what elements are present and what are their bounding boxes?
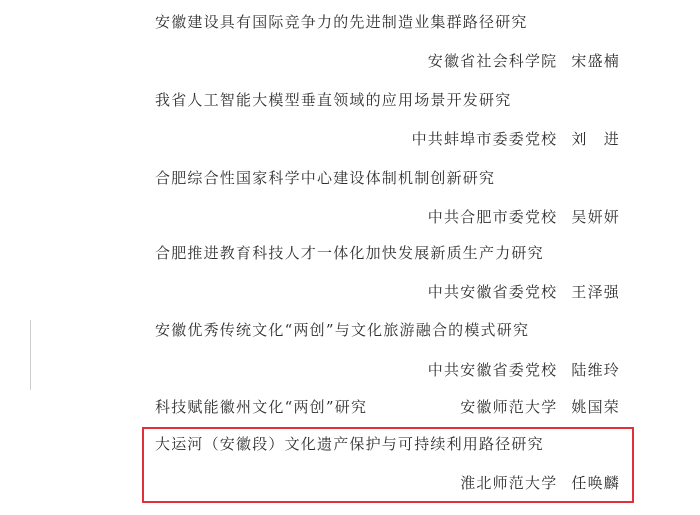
entry-title: 科技赋能徽州文化“两创”研究 — [155, 397, 367, 417]
highlighted-entry-title: 大运河（安徽段）文化遗产保护与可持续利用路径研究 — [155, 434, 544, 454]
institution: 安徽师范大学 — [460, 398, 557, 416]
entry-title: 我省人工智能大模型垂直领域的应用场景开发研究 — [155, 90, 511, 110]
author-name: 宋盛楠 — [571, 52, 620, 70]
author-name: 吴妍妍 — [571, 208, 620, 226]
entry-author: 中共合肥市委党校吴妍妍 — [428, 207, 620, 227]
entry-author: 中共安徽省委党校陆维玲 — [428, 360, 620, 380]
institution: 淮北师范大学 — [460, 474, 557, 492]
highlighted-entry-author: 淮北师范大学任唤麟 — [460, 473, 620, 493]
author-name: 王泽强 — [571, 283, 620, 301]
entry-title: 合肥推进教育科技人才一体化加快发展新质生产力研究 — [155, 243, 544, 263]
author-name: 姚国荣 — [571, 398, 620, 416]
author-name: 陆维玲 — [571, 361, 620, 379]
entry-author: 安徽师范大学姚国荣 — [460, 397, 620, 417]
institution: 安徽省社会科学院 — [428, 52, 558, 70]
author-name: 任唤麟 — [571, 474, 620, 492]
entry-author: 中共蚌埠市委委党校刘 进 — [412, 129, 620, 149]
scan-margin-mark — [30, 320, 31, 390]
institution: 中共蚌埠市委委党校 — [412, 130, 558, 148]
author-name: 刘 进 — [571, 130, 620, 148]
entry-author: 安徽省社会科学院宋盛楠 — [428, 51, 620, 71]
entry-author: 中共安徽省委党校王泽强 — [428, 282, 620, 302]
entry-title: 安徽建设具有国际竞争力的先进制造业集群路径研究 — [155, 12, 528, 32]
document-page: 安徽建设具有国际竞争力的先进制造业集群路径研究 安徽省社会科学院宋盛楠 我省人工… — [0, 0, 700, 515]
institution: 中共合肥市委党校 — [428, 208, 558, 226]
institution: 中共安徽省委党校 — [428, 283, 558, 301]
entry-title: 安徽优秀传统文化“两创”与文化旅游融合的模式研究 — [155, 320, 529, 340]
institution: 中共安徽省委党校 — [428, 361, 558, 379]
entry-title: 合肥综合性国家科学中心建设体制机制创新研究 — [155, 168, 495, 188]
